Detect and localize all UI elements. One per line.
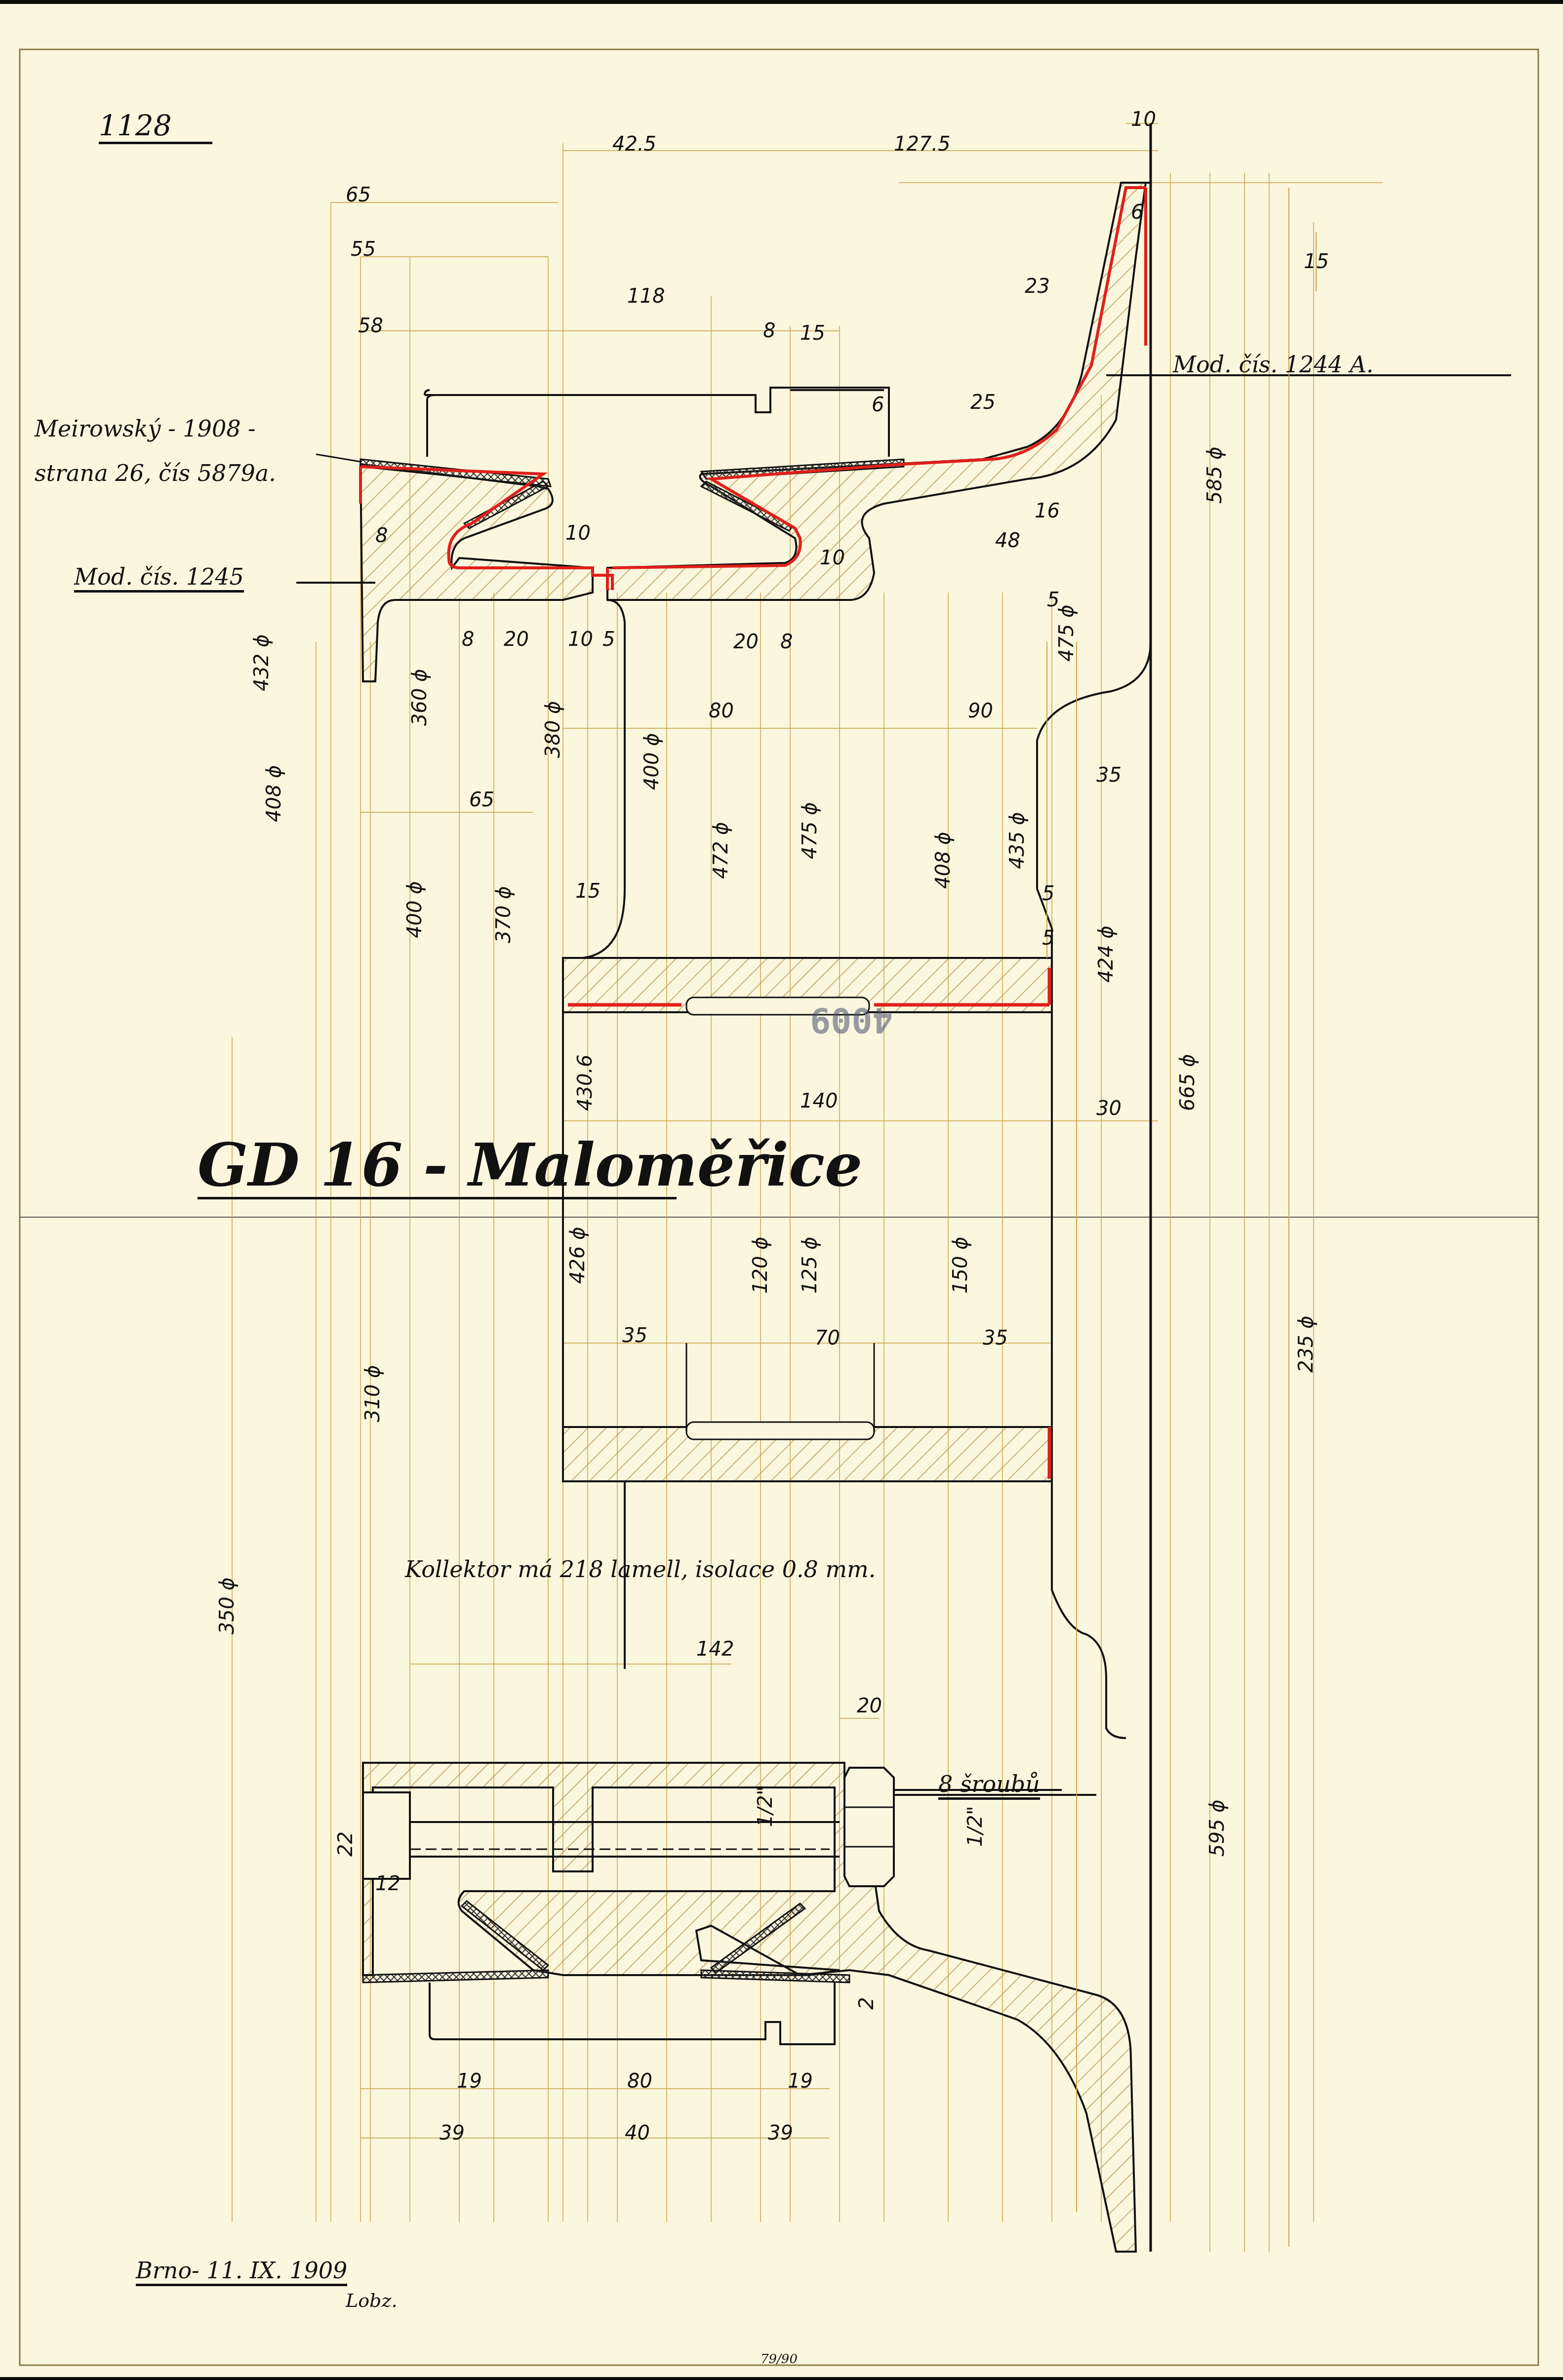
drawing-sheet: 1128 Meirowský - 1908 - strana 26, čís 5… xyxy=(0,0,1563,2380)
dim-8-c: 8 xyxy=(780,632,793,652)
dim-6-key: 6 xyxy=(872,395,884,415)
dim-phi-125: 125 ϕ xyxy=(800,1237,820,1294)
dim-phi-435: 435 ϕ xyxy=(1007,812,1027,869)
collector-note: Kollektor má 218 lamell, isolace 0.8 mm. xyxy=(405,1558,876,1581)
bolts-note: 8 šroubů xyxy=(938,1773,1040,1800)
dim-phi-370: 370 ϕ xyxy=(494,886,514,943)
dim-phi-120: 120 ϕ xyxy=(751,1237,770,1294)
dim-30: 30 xyxy=(1096,1099,1122,1118)
nut xyxy=(844,1768,894,1886)
dim-phi-380: 380 ϕ xyxy=(543,701,563,758)
dim-70: 70 xyxy=(815,1328,840,1348)
dim-20-a: 20 xyxy=(504,630,529,649)
dim-phi-310: 310 ϕ xyxy=(363,1365,383,1422)
dim-39-left: 39 xyxy=(440,2123,465,2143)
faded-stamp: 4009 xyxy=(810,1000,893,1040)
dim-25: 25 xyxy=(970,393,996,412)
dim-20-b: 20 xyxy=(733,632,759,652)
dim-phi-472: 472 ϕ xyxy=(711,822,731,879)
dim-5-b: 5 xyxy=(1042,884,1054,904)
dim-phi-432: 432 ϕ xyxy=(252,635,272,691)
dim-48: 48 xyxy=(995,531,1020,551)
sheet-number: 1128 xyxy=(99,111,212,144)
dim-half-inch-a: 1/2" xyxy=(756,1786,775,1827)
footer-mark: 79/90 xyxy=(761,2353,798,2366)
scan-edge-bottom xyxy=(0,2377,1563,2380)
date-line: Brno- 11. IX. 1909 xyxy=(136,2259,347,2286)
dim-phi-408-left: 408 ϕ xyxy=(264,765,284,822)
dim-phi-400-mid: 400 ϕ xyxy=(642,733,662,790)
dim-90: 90 xyxy=(968,701,993,721)
dim-15-key: 15 xyxy=(800,323,825,343)
dim-23: 23 xyxy=(1025,277,1050,296)
dim-118: 118 xyxy=(627,286,665,306)
dim-phi-235: 235 ϕ xyxy=(1296,1316,1316,1373)
dim-5-a: 5 xyxy=(602,630,615,649)
signature: Lobz. xyxy=(346,2291,398,2310)
dim-phi-408-right: 408 ϕ xyxy=(933,832,953,889)
drawing-title: GD 16 - Maloměřice xyxy=(198,1136,677,1199)
dim-35-right: 35 xyxy=(983,1328,1008,1348)
dim-phi-585: 585 ϕ xyxy=(1205,447,1225,504)
dim-58: 58 xyxy=(358,316,383,336)
dim-phi-400-left: 400 ϕ xyxy=(405,881,425,938)
dim-19-right: 19 xyxy=(788,2071,813,2091)
model-1244a-label: Mod. čís. 1244 A. xyxy=(1173,353,1373,376)
dim-19-left: 19 xyxy=(457,2071,482,2091)
dim-127-5: 127.5 xyxy=(894,134,951,154)
sheet-border xyxy=(20,49,1538,2365)
dim-39-right: 39 xyxy=(768,2123,793,2143)
dim-8-left: 8 xyxy=(375,526,388,546)
dim-22: 22 xyxy=(336,1831,356,1857)
dim-10-b: 10 xyxy=(568,630,593,649)
dim-10-radius: 10 xyxy=(820,548,845,568)
dim-10-inner: 10 xyxy=(565,523,591,543)
dim-10-top: 10 xyxy=(1131,110,1156,129)
dim-half-inch-b: 1/2" xyxy=(965,1806,985,1847)
dim-42-5: 42.5 xyxy=(612,134,656,154)
dim-phi-595: 595 ϕ xyxy=(1207,1800,1227,1857)
bolt-head xyxy=(363,1792,410,1879)
dim-55: 55 xyxy=(351,239,376,259)
dim-16: 16 xyxy=(1035,501,1060,521)
model-1245-label: Mod. čís. 1245 xyxy=(74,565,244,593)
reference-note-line2: strana 26, čís 5879a. xyxy=(35,462,276,484)
dim-phi-426: 426 ϕ xyxy=(568,1227,588,1284)
dim-phi-360: 360 ϕ xyxy=(410,669,430,726)
dim-430-6: 430.6 xyxy=(575,1054,595,1111)
dim-40: 40 xyxy=(625,2123,650,2143)
dim-65-mid: 65 xyxy=(469,790,494,810)
dim-80-lower: 80 xyxy=(627,2071,652,2091)
dim-2: 2 xyxy=(857,1997,877,2010)
dim-8-b: 8 xyxy=(462,630,474,649)
reference-note-line1: Meirowský - 1908 - xyxy=(35,417,256,440)
dim-15-mid: 15 xyxy=(575,881,601,901)
dim-8-key: 8 xyxy=(763,321,775,341)
dim-5-c: 5 xyxy=(1042,928,1054,948)
dim-phi-350: 350 ϕ xyxy=(217,1578,237,1634)
dim-phi-475-mid: 475 ϕ xyxy=(800,802,820,859)
dim-phi-424: 424 ϕ xyxy=(1096,926,1116,983)
dim-140: 140 xyxy=(800,1091,838,1111)
dim-65-top: 65 xyxy=(346,185,371,205)
dim-6-right: 6 xyxy=(1131,202,1143,222)
dim-phi-475-upper: 475 ϕ xyxy=(1057,605,1077,662)
dim-12: 12 xyxy=(375,1874,401,1894)
dim-phi-665: 665 ϕ xyxy=(1178,1054,1198,1111)
dim-phi-150: 150 ϕ xyxy=(951,1237,970,1294)
dim-35-left: 35 xyxy=(622,1326,647,1346)
dim-20-bolt: 20 xyxy=(857,1696,882,1716)
dim-142: 142 xyxy=(696,1639,734,1659)
dim-80: 80 xyxy=(709,701,734,721)
dim-15-right: 15 xyxy=(1304,252,1329,272)
dim-35-radius: 35 xyxy=(1096,765,1122,785)
